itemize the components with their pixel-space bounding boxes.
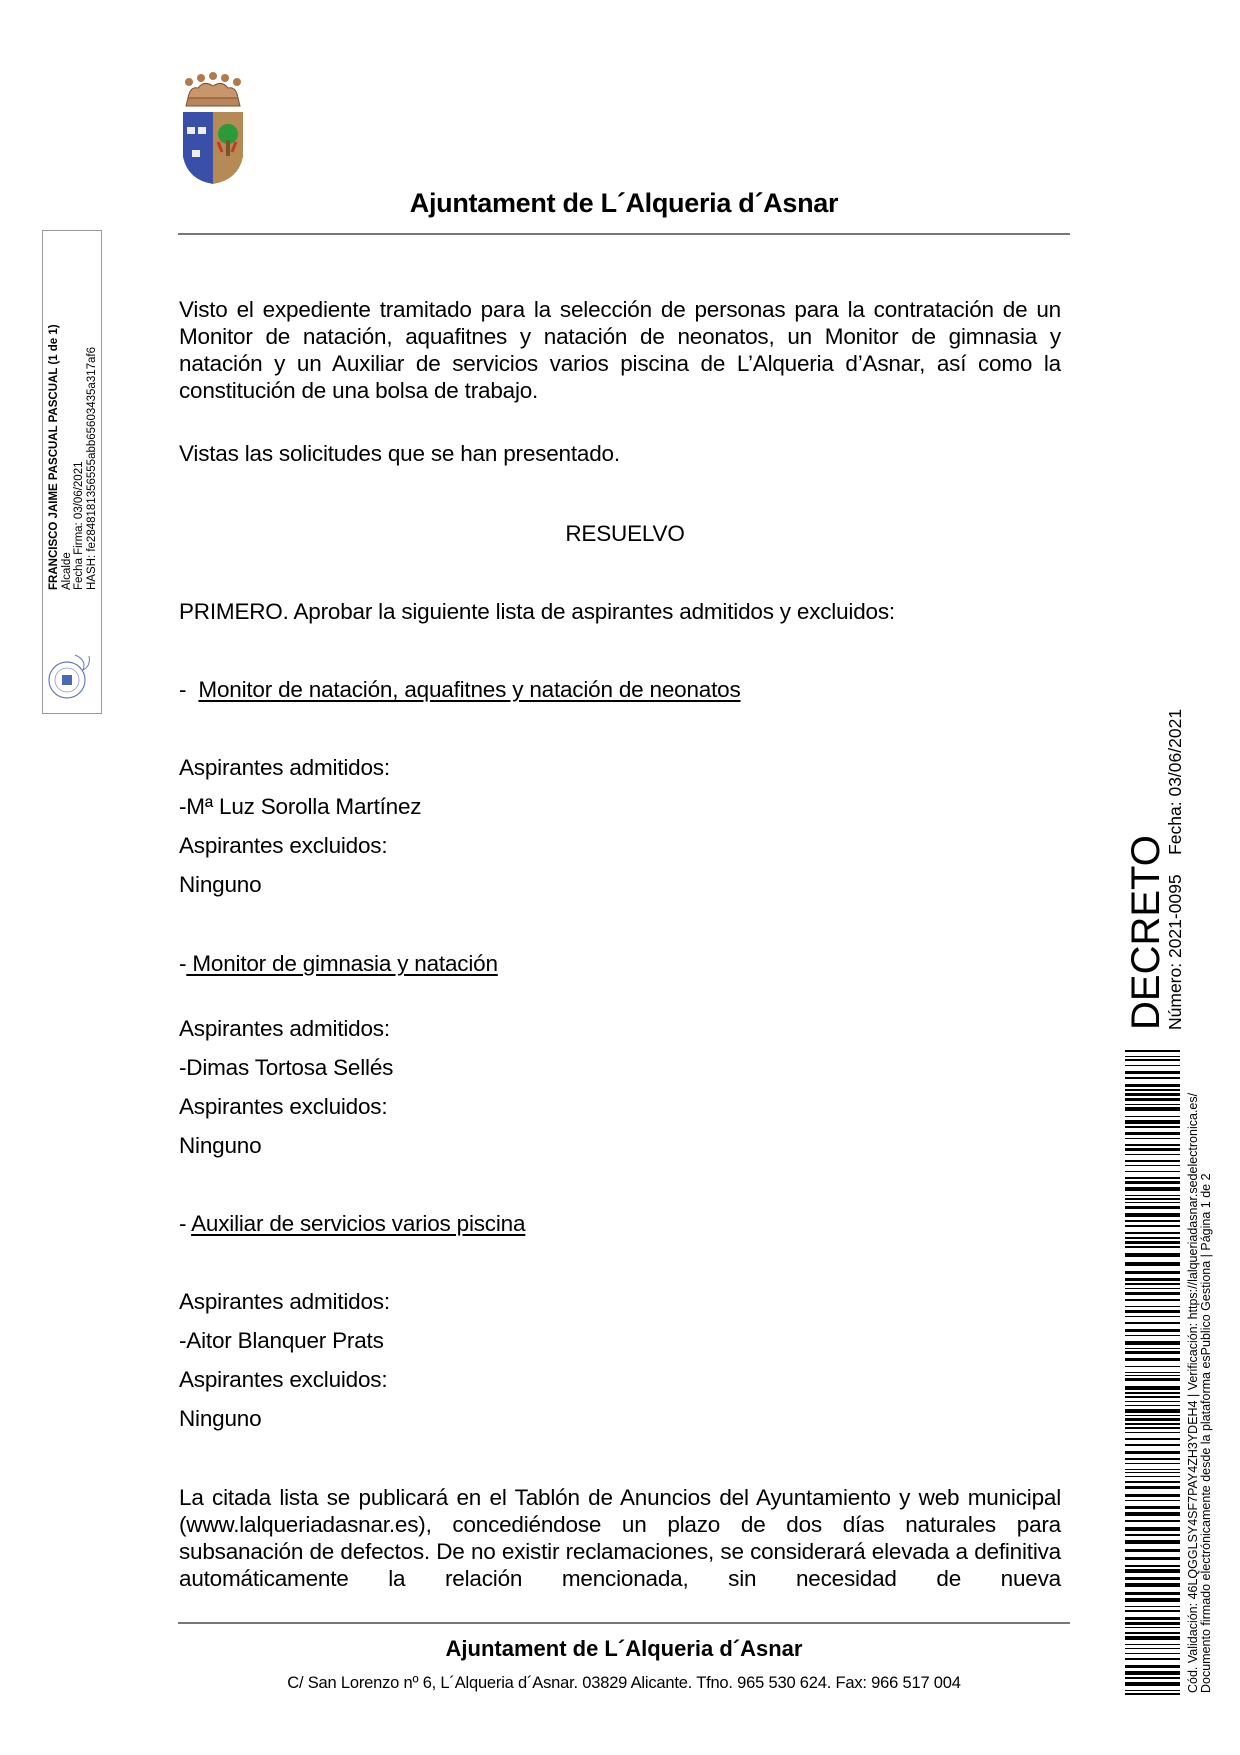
- section-heading-1: - Monitor de natación, aquafitnes y nata…: [179, 676, 741, 703]
- admitted-label-1: Aspirantes admitidos:: [179, 754, 390, 781]
- vistas-line: Vistas las solicitudes que se han presen…: [179, 440, 620, 467]
- section-heading-2: - Monitor de gimnasia y natación: [179, 950, 498, 977]
- admitted-label-3: Aspirantes admitidos:: [179, 1288, 390, 1315]
- header-title: Ajuntament de L´Alqueria d´Asnar: [178, 188, 1070, 219]
- decreto-label: DECRETO: [1126, 835, 1166, 1030]
- signature-details: FRANCISCO JAIME PASCUAL PASCUAL (1 de 1)…: [48, 324, 98, 590]
- excluded-value-3: Ninguno: [179, 1405, 261, 1432]
- dash: -: [179, 677, 198, 702]
- excluded-label-1: Aspirantes excluidos:: [179, 832, 387, 859]
- section-title: Monitor de natación, aquafitnes y nataci…: [198, 677, 740, 702]
- barcode-icon: [1125, 1050, 1180, 1695]
- excluded-value-1: Ninguno: [179, 871, 261, 898]
- admitted-label-2: Aspirantes admitidos:: [179, 1015, 390, 1042]
- closing-paragraph: La citada lista se publicará en el Tabló…: [179, 1484, 1061, 1592]
- excluded-label-3: Aspirantes excluidos:: [179, 1366, 387, 1393]
- dash: -: [179, 1211, 191, 1236]
- resuelvo-heading: RESUELVO: [179, 520, 1071, 547]
- admitted-name-1: -Mª Luz Sorolla Martínez: [179, 793, 421, 820]
- admitted-name-2: -Dimas Tortosa Sellés: [179, 1054, 393, 1081]
- decreto-meta: Número: 2021-0095 Fecha: 03/06/2021: [1165, 709, 1185, 1030]
- signer-role: Alcalde: [61, 324, 74, 590]
- footer-divider: [178, 1622, 1070, 1624]
- excluded-value-2: Ninguno: [179, 1132, 261, 1159]
- verification-text: Cód. Validación: 46LQGGLSY4SF7PAY4ZH3YDE…: [1187, 1093, 1213, 1693]
- intro-paragraph: Visto el expediente tramitado para la se…: [179, 296, 1061, 404]
- signature-date: Fecha Firma: 03/06/2021: [73, 324, 86, 590]
- section-title: Monitor de gimnasia y natación: [186, 951, 497, 976]
- signer-name: FRANCISCO JAIME PASCUAL PASCUAL (1 de 1): [48, 324, 61, 590]
- coat-of-arms-logo: [178, 72, 248, 190]
- decreto-number: Número: 2021-0095: [1165, 874, 1185, 1030]
- excluded-label-2: Aspirantes excluidos:: [179, 1093, 387, 1120]
- signature-hash: HASH: fe2848181356555abb65603435a317af6: [86, 324, 99, 590]
- section-heading-3: - Auxiliar de servicios varios piscina: [179, 1210, 525, 1237]
- primero-line: PRIMERO. Aprobar la siguiente lista de a…: [179, 598, 895, 625]
- admitted-name-3: -Aitor Blanquer Prats: [179, 1327, 384, 1354]
- seal-stamp-icon: [45, 650, 97, 702]
- verification-line-2: Documento firmado electrónicamente desde…: [1200, 1093, 1213, 1693]
- decreto-date: Fecha: 03/06/2021: [1165, 709, 1185, 855]
- section-title: Auxiliar de servicios varios piscina: [191, 1211, 525, 1236]
- footer-title: Ajuntament de L´Alqueria d´Asnar: [178, 1636, 1070, 1662]
- footer-address: C/ San Lorenzo nº 6, L´Alqueria d´Asnar.…: [178, 1674, 1070, 1693]
- header-divider: [178, 233, 1070, 235]
